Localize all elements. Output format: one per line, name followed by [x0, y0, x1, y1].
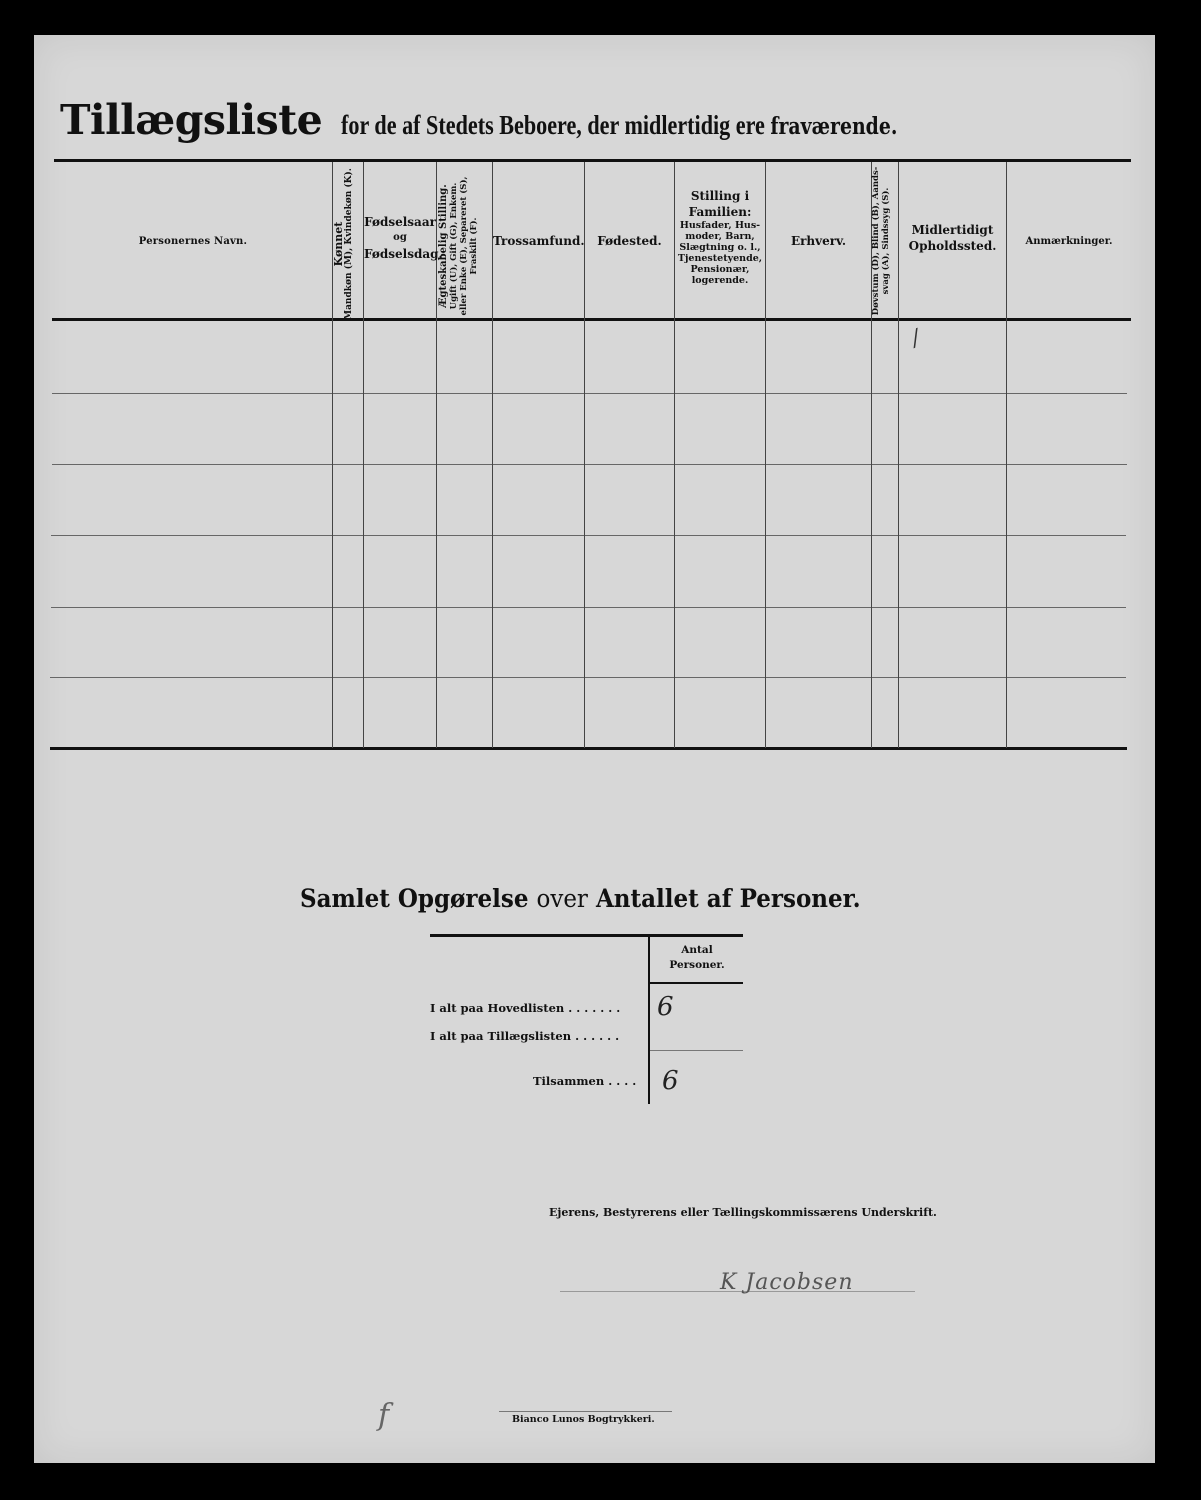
title-subtitle: for de af Stedets Beboere, der midlertid… — [341, 110, 897, 141]
birth-line3: Fødselsdag. — [364, 246, 436, 262]
summary-col-header-line2: Personer. — [652, 958, 742, 973]
summary-label-total: Tilsammen . . . . — [533, 1074, 636, 1088]
summary-value-total: 6 — [662, 1066, 679, 1096]
marital-line2: Ugift (U), Gift (G), Enkem. — [449, 166, 459, 326]
row-rule — [52, 393, 1127, 394]
summary-header-rule — [650, 982, 743, 984]
summary-title-part3: Antallet af Personer. — [596, 884, 861, 913]
disability-line1: Døvstum (D), Blind (B), Aands- — [871, 162, 881, 320]
col-header-marital: Ægteskabelig Stilling. Ugift (U), Gift (… — [439, 166, 489, 326]
marital-line1: Ægteskabelig Stilling. — [439, 166, 449, 326]
family-detail: Slægtning o. l., — [675, 242, 765, 253]
title-main: Tillægsliste — [60, 96, 322, 144]
col-header-disability: Døvstum (D), Blind (B), Aands- svag (A),… — [871, 162, 897, 320]
col-header-gender: Kønnet Mandkøn (M), Kvindekøn (K). — [334, 164, 362, 324]
disability-line2: svag (A), Sindssyg (S). — [881, 162, 891, 320]
signature-caption: Ejerens, Bestyrerens eller Tællingskommi… — [549, 1206, 937, 1219]
marital-line4: Fraskilt (F). — [469, 166, 479, 326]
summary-subtotal-rule — [650, 1050, 743, 1051]
family-detail: Tjenestetyende, — [675, 253, 765, 264]
summary-top-rule — [430, 934, 743, 937]
col-header-remarks: Anmærkninger. — [1007, 235, 1131, 248]
table-top-rule — [54, 159, 1131, 162]
col-header-family-position: Stilling i Familien: Husfader, Hus- mode… — [675, 188, 765, 286]
summary-value-main-list: 6 — [657, 992, 674, 1022]
col-header-temp-residence: Midlertidigt Opholdssted. — [899, 222, 1006, 254]
col-divider — [492, 162, 493, 748]
title-subtitle-text: for de af Stedets Beboere, der midlertid… — [341, 110, 765, 140]
summary-vertical-rule — [648, 937, 650, 1104]
margin-mark: f — [378, 1398, 389, 1433]
col-divider — [584, 162, 585, 748]
family-heading2: Familien: — [675, 204, 765, 220]
birth-line1: Fødselsaar — [364, 214, 436, 230]
title-subtitle-bold: fraværende. — [771, 113, 898, 140]
row-rule — [51, 535, 1126, 536]
printer-imprint: Bianco Lunos Bogtrykkeri. — [512, 1414, 655, 1425]
summary-title-part1: Samlet Opgørelse — [300, 884, 528, 913]
marital-line3: eller Enke (E), Separeret (S), — [459, 166, 469, 326]
col-header-birth: Fødselsaar og Fødselsdag. — [364, 214, 436, 262]
col-divider — [765, 162, 766, 748]
family-detail: moder, Barn, — [675, 231, 765, 242]
family-detail: Pensionær, — [675, 264, 765, 275]
row-rule — [51, 607, 1126, 608]
summary-title-part2: over — [536, 884, 587, 913]
col-header-religion: Trossamfund. — [493, 233, 584, 249]
col-header-gender-detail: Mandkøn (M), Kvindekøn (K). — [344, 164, 354, 324]
family-heading1: Stilling i — [675, 188, 765, 204]
header-bottom-rule — [52, 318, 1131, 321]
form-title: Tillægsliste for de af Stedets Beboere, … — [60, 96, 1020, 144]
col-header-name: Personernes Navn. — [54, 235, 332, 248]
summary-col-header: Antal Personer. — [652, 943, 742, 973]
col-header-gender-title: Kønnet — [334, 164, 344, 324]
family-detail: logerende. — [675, 275, 765, 286]
col-divider — [1006, 162, 1007, 748]
family-detail: Husfader, Hus- — [675, 220, 765, 231]
printer-rule — [499, 1411, 672, 1412]
summary-label-supplement-list: I alt paa Tillægslisten . . . . . . — [430, 1029, 619, 1043]
table-bottom-rule — [50, 747, 1127, 750]
summary-label-main-list: I alt paa Hovedlisten . . . . . . . — [430, 1001, 620, 1015]
residence-line2: Opholdssted. — [899, 238, 1006, 254]
row-rule — [50, 677, 1126, 678]
birth-line2: og — [364, 230, 436, 246]
row-rule — [52, 464, 1127, 465]
signature-handwritten: K Jacobsen — [720, 1270, 854, 1295]
summary-col-header-line1: Antal — [652, 943, 742, 958]
col-header-occupation: Erhverv. — [766, 233, 871, 249]
col-header-birthplace: Fødested. — [585, 233, 674, 249]
summary-title: Samlet Opgørelse over Antallet af Person… — [300, 884, 861, 913]
residence-line1: Midlertidigt — [899, 222, 1006, 238]
